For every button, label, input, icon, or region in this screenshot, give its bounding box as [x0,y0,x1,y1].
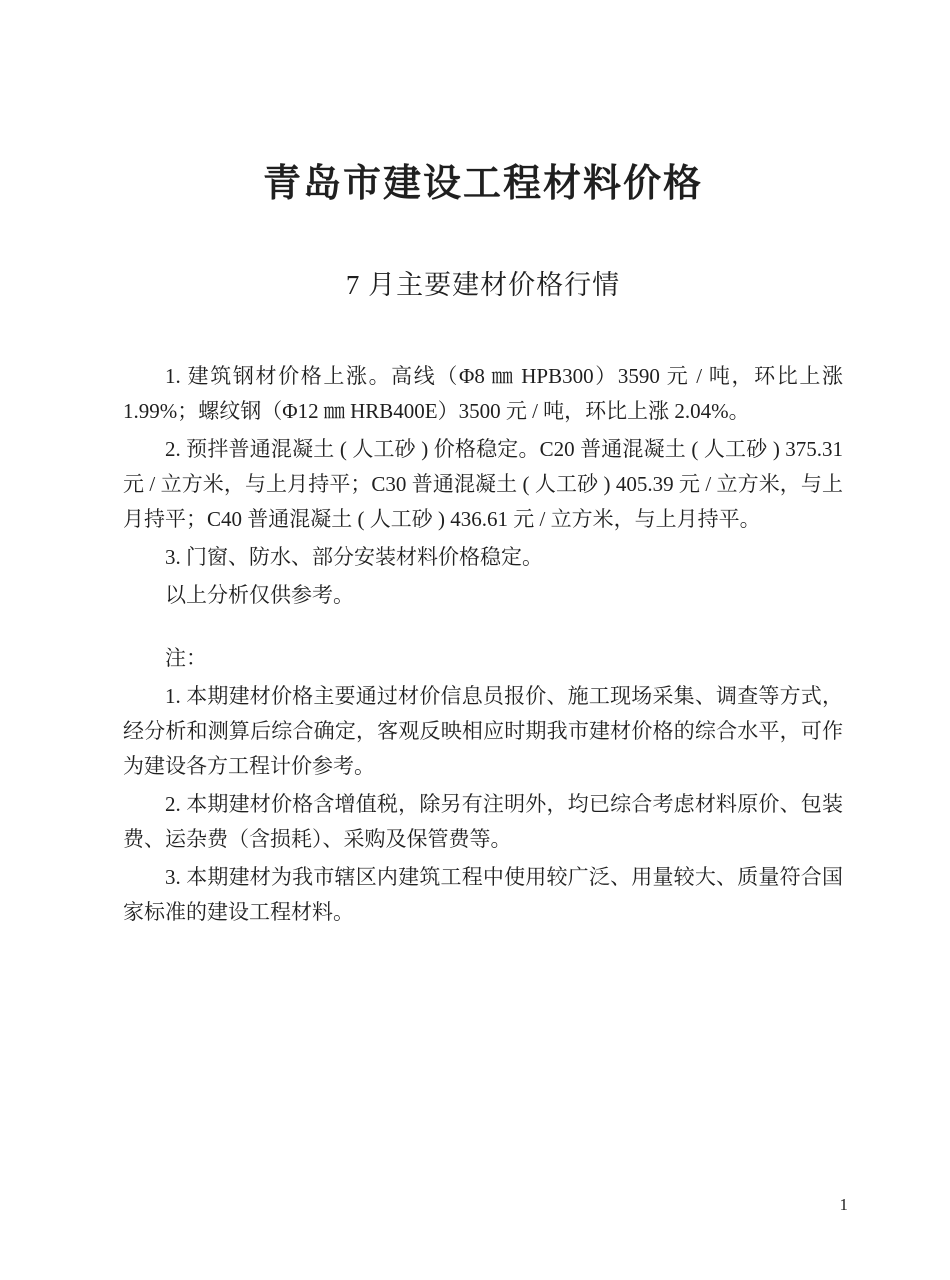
doc-subtitle: 7 月主要建材价格行情 [123,272,843,299]
body-text-block: 1. 建筑钢材价格上涨。高线（Φ8 ㎜ HPB300）3590 元 / 吨，环比… [123,359,843,930]
note-paragraph-3: 3. 本期建材为我市辖区内建筑工程中使用较广泛、用量较大、质量符合国家标准的建设… [123,860,843,930]
note-paragraph-1: 1. 本期建材价格主要通过材价信息员报价、施工现场采集、调查等方式，经分析和测算… [123,679,843,784]
notes-label: 注： [123,641,843,676]
body-paragraph-steel: 1. 建筑钢材价格上涨。高线（Φ8 ㎜ HPB300）3590 元 / 吨，环比… [123,359,843,429]
page-number: 1 [840,1196,849,1213]
closing-line: 以上分析仅供参考。 [123,578,843,613]
note-paragraph-2: 2. 本期建材价格含增值税，除另有注明外，均已综合考虑材料原价、包装费、运杂费（… [123,787,843,857]
page-title: 青岛市建设工程材料价格 [123,165,843,203]
document-page: 青岛市建设工程材料价格 7 月主要建材价格行情 1. 建筑钢材价格上涨。高线（Φ… [0,0,950,1280]
body-paragraph-concrete: 2. 预拌普通混凝土 ( 人工砂 ) 价格稳定。C20 普通混凝土 ( 人工砂 … [123,432,843,537]
document-content: 青岛市建设工程材料价格 7 月主要建材价格行情 1. 建筑钢材价格上涨。高线（Φ… [123,0,843,933]
body-paragraph-doors-waterproof: 3. 门窗、防水、部分安装材料价格稳定。 [123,540,843,575]
